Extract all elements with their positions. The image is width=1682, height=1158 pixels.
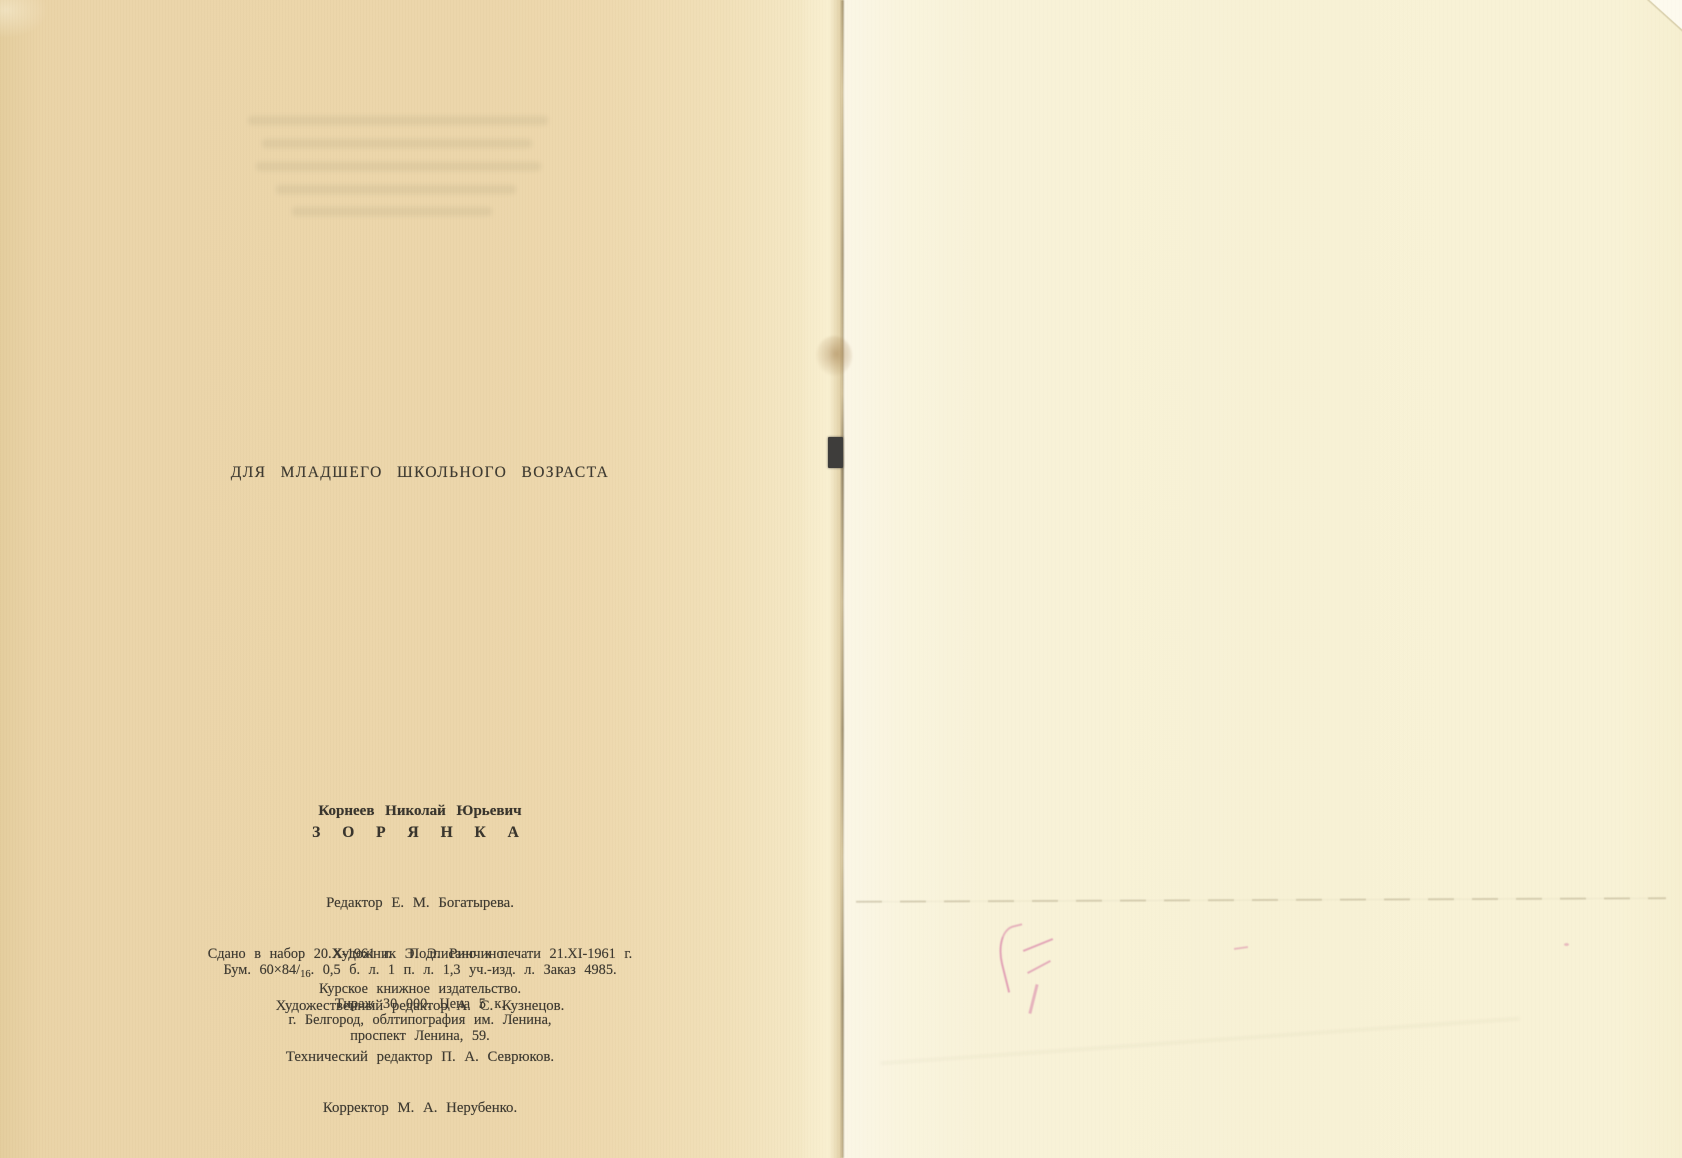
gutter-shadow [800,0,841,1158]
credit-proofreader: Корректор М. А. Нерубенко. [0,1101,840,1116]
gutter-seam [841,0,844,1158]
collation-mark [828,437,843,468]
imprint-printshop: г. Белгород, облтипография им. Ленина, [0,1012,840,1029]
imprint-format-prefix: Бум. 60×84/ [223,962,300,978]
book-scan: ДЛЯ МЛАДШЕГО ШКОЛЬНОГО ВОЗРАСТА Корнеев … [0,0,1682,1158]
show-through-smudge [256,162,541,171]
imprint-format-subscript: 16 [300,969,311,980]
imprint-format: Бум. 60×84/16. 0,5 б. л. 1 п. л. 1,3 уч.… [0,962,840,980]
right-page [843,0,1682,1158]
imprint-address: проспект Ленина, 59. [0,1028,840,1045]
left-page: ДЛЯ МЛАДШЕГО ШКОЛЬНОГО ВОЗРАСТА Корнеев … [0,0,843,1158]
credit-editor: Редактор Е. М. Богатырева. [0,896,840,911]
imprint-tirage: Тираж 30 000. Цена 5 к. [0,996,840,1013]
corner-fold [1636,0,1682,34]
show-through-smudge [276,185,516,194]
pencil-mark [1564,943,1569,946]
show-through-smudge [292,207,492,216]
author-name: Корнеев Николай Юрьевич [0,803,840,820]
show-through-smudge [248,116,548,125]
seam-stain [816,336,852,376]
imprint-dates: Сдано в набор 20.X-1961 г. Подписано к п… [0,946,840,963]
book-title: З О Р Я Н К А [0,824,840,842]
imprint-format-suffix: . 0,5 б. л. 1 п. л. 1,3 уч.-изд. л. Зака… [311,962,617,978]
reading-age-note: ДЛЯ МЛАДШЕГО ШКОЛЬНОГО ВОЗРАСТА [0,464,840,482]
show-through-smudge [262,139,532,148]
credit-tech-editor: Технический редактор П. А. Севрюков. [0,1050,840,1065]
